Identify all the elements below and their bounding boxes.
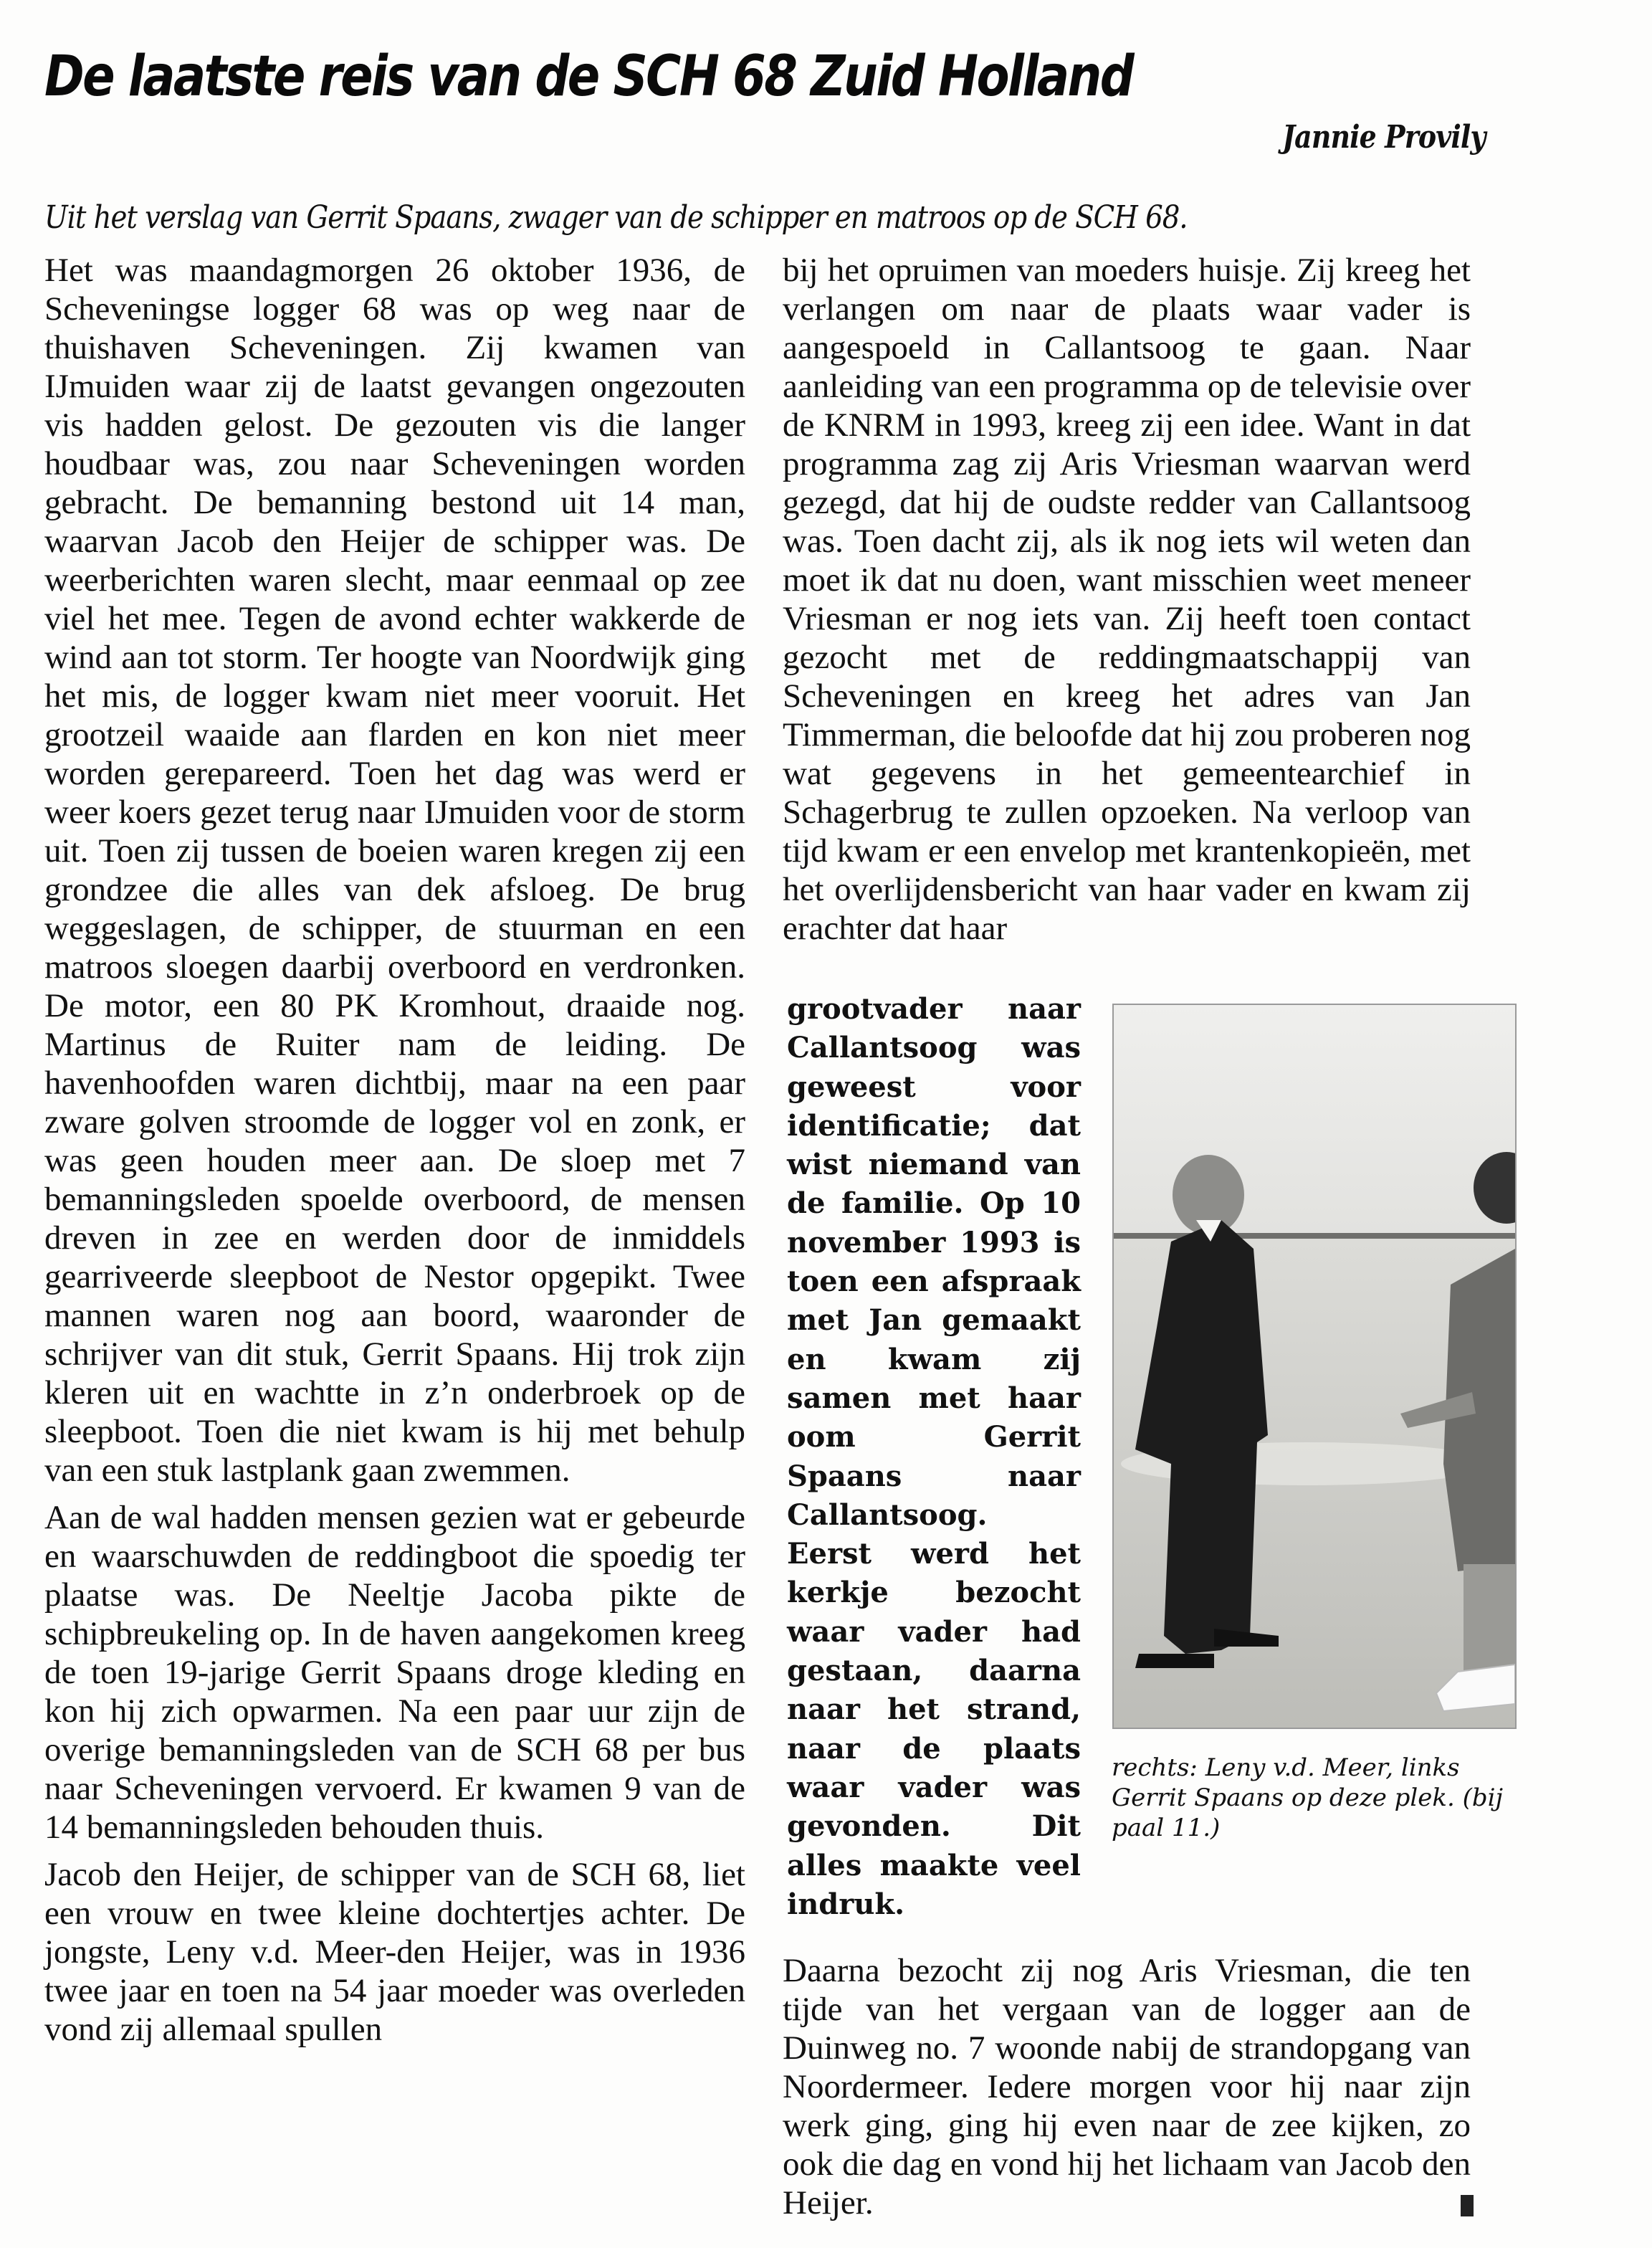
photo-illustration <box>1114 1005 1515 1728</box>
paragraph: Het was maandagmorgen 26 oktober 1936, d… <box>44 251 745 1490</box>
photo-caption: rechts: Leny v.d. Meer, links Gerrit Spa… <box>1112 1753 1513 1843</box>
right-column-top: bij het opruimen van moeders huisje. Zij… <box>783 251 1471 948</box>
article-title: De laatste reis van de SCH 68 Zuid Holla… <box>44 44 1132 109</box>
right-column-narrow: grootvader naar Callantsoog was geweest … <box>787 990 1081 1924</box>
paragraph: Aan de wal hadden mensen gezien wat er g… <box>44 1498 745 1847</box>
end-of-article-square-icon <box>1461 2195 1474 2216</box>
magazine-page: De laatste reis van de SCH 68 Zuid Holla… <box>0 0 1652 2248</box>
beach-photo <box>1112 1004 1517 1729</box>
left-column: Het was maandagmorgen 26 oktober 1936, d… <box>44 251 745 2049</box>
paragraph: bij het opruimen van moeders huisje. Zij… <box>783 251 1471 948</box>
paragraph: Daarna bezocht zij nog Aris Vriesman, di… <box>783 1951 1471 2222</box>
paragraph: grootvader naar Callantsoog was geweest … <box>787 990 1081 1924</box>
article-author: Jannie Provily <box>1283 119 1486 156</box>
right-column-bottom: Daarna bezocht zij nog Aris Vriesman, di… <box>783 1951 1471 2222</box>
article-intro: Uit het verslag van Gerrit Spaans, zwage… <box>44 199 1188 236</box>
paragraph: Jacob den Heijer, de schipper van de SCH… <box>44 1855 745 2049</box>
